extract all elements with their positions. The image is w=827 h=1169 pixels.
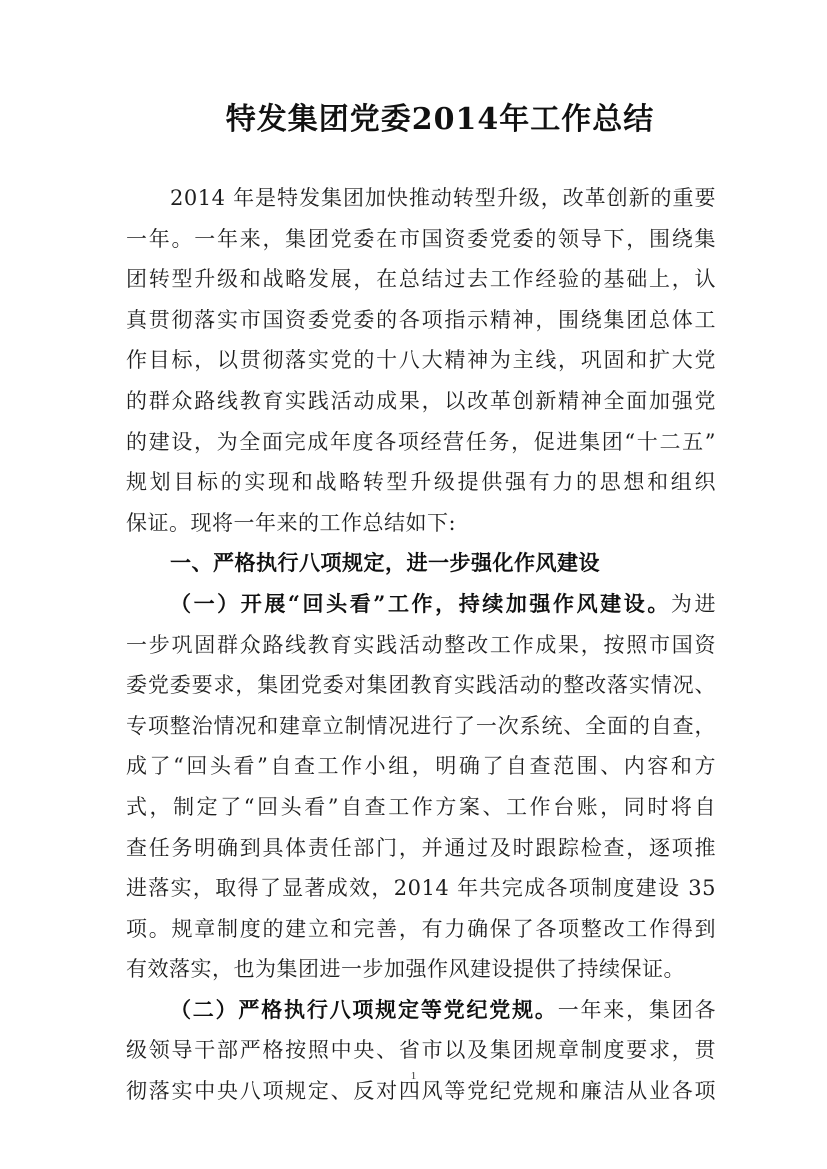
subsection-text: 一年来，集团各 xyxy=(558,998,716,1022)
subsection-first-line: （二）严格执行八项规定等党纪党规。一年来，集团各 xyxy=(126,990,716,1031)
paragraph-line: 式，制定了“回头看”自查工作方案、工作台账，同时将自 xyxy=(126,787,716,828)
paragraph-line: 专项整治情况和建章立制情况进行了一次系统、全面的自查， xyxy=(126,706,716,747)
paragraph-line: 有效落实，也为集团进一步加强作风建设提供了持续保证。 xyxy=(126,949,716,990)
intro-line: 作目标，以贯彻落实党的十八大精神为主线，巩固和扩大党 xyxy=(126,340,716,381)
paragraph-line: 项。规章制度的建立和完善，有力确保了各项整改工作得到 xyxy=(126,909,716,950)
intro-line: 规划目标的实现和战略转型升级提供强有力的思想和组织 xyxy=(126,462,716,503)
subsection-heading: （一）开展“回头看”工作，持续加强作风建设。 xyxy=(170,591,671,616)
page-number: 1 xyxy=(0,1070,827,1082)
intro-line: 的建设，为全面完成年度各项经营任务，促进集团“十二五” xyxy=(126,422,716,463)
document-page: 特发集团党委2014年工作总结 2014 年是特发集团加快推动转型升级，改革创新… xyxy=(0,0,827,1169)
intro-line: 2014 年是特发集团加快推动转型升级，改革创新的重要 xyxy=(126,178,716,219)
section-heading: 一、严格执行八项规定，进一步强化作风建设 xyxy=(126,543,716,584)
intro-line: 真贯彻落实市国资委党委的各项指示精神，围绕集团总体工 xyxy=(126,300,716,341)
subsection-heading: （二）严格执行八项规定等党纪党规。 xyxy=(170,997,558,1022)
subsection-text: 为进 xyxy=(671,592,716,616)
intro-line: 保证。现将一年来的工作总结如下: xyxy=(126,503,716,544)
intro-line: 一年。一年来，集团党委在市国资委党委的领导下，围绕集 xyxy=(126,219,716,260)
subsection-first-line: （一）开展“回头看”工作，持续加强作风建设。为进 xyxy=(126,584,716,625)
paragraph-line: 查任务明确到具体责任部门，并通过及时跟踪检查，逐项推 xyxy=(126,828,716,869)
intro-line: 团转型升级和战略发展，在总结过去工作经验的基础上，认 xyxy=(126,259,716,300)
paragraph-line: 成了“回头看”自查工作小组，明确了自查范围、内容和方 xyxy=(126,746,716,787)
paragraph-line: 进落实，取得了显著成效，2014 年共完成各项制度建设 35 xyxy=(126,868,716,909)
document-body: 2014 年是特发集团加快推动转型升级，改革创新的重要 一年。一年来，集团党委在… xyxy=(126,178,716,1112)
document-title: 特发集团党委2014年工作总结 xyxy=(0,100,827,140)
paragraph-line: 级领导干部严格按照中央、省市以及集团规章制度要求，贯 xyxy=(126,1030,716,1071)
paragraph-line: 一步巩固群众路线教育实践活动整改工作成果，按照市国资 xyxy=(126,625,716,666)
intro-line: 的群众路线教育实践活动成果，以改革创新精神全面加强党 xyxy=(126,381,716,422)
paragraph-line: 委党委要求，集团党委对集团教育实践活动的整改落实情况、 xyxy=(126,665,716,706)
